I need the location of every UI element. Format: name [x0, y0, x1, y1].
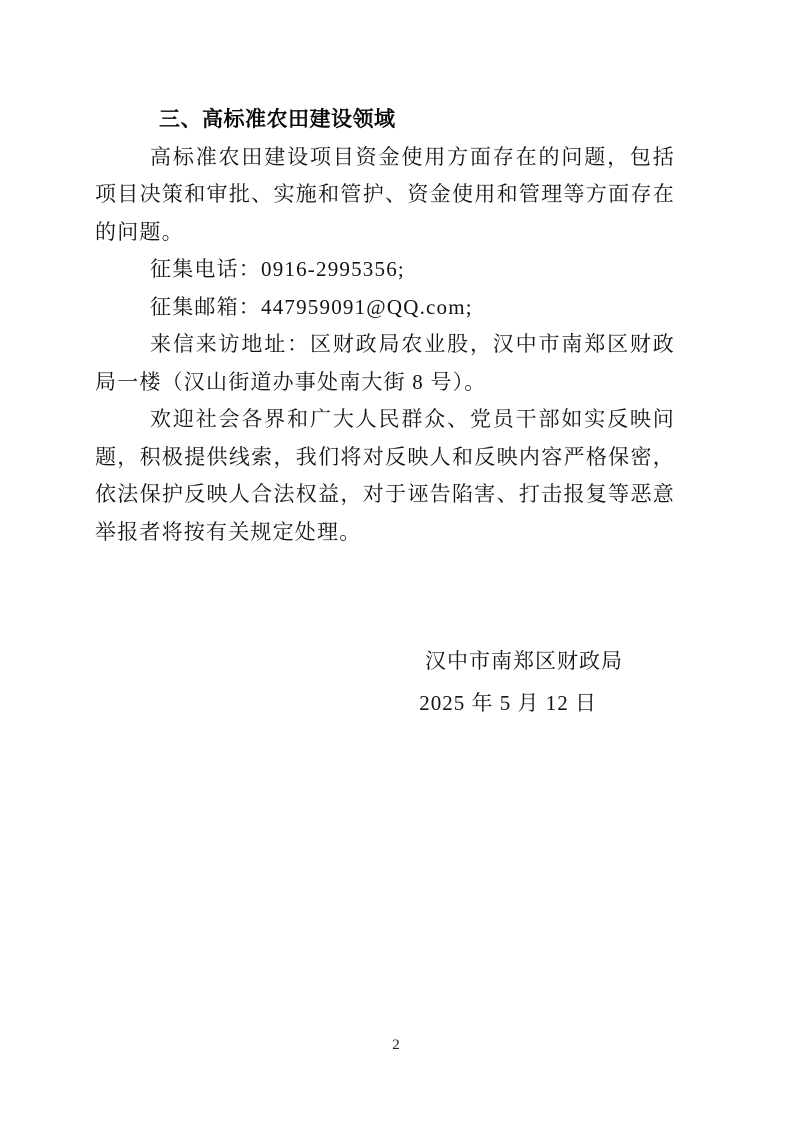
paragraph-address: 来信来访地址：区财政局农业股，汉中市南郑区财政局一楼（汉山街道办事处南大街 8 … — [95, 326, 675, 401]
document-page: 三、高标准农田建设领域 高标准农田建设项目资金使用方面存在的问题，包括项目决策和… — [0, 0, 792, 1121]
signature-organization: 汉中市南郑区财政局 — [95, 640, 675, 682]
document-content: 三、高标准农田建设领域 高标准农田建设项目资金使用方面存在的问题，包括项目决策和… — [95, 101, 675, 724]
signature-block: 汉中市南郑区财政局 2025 年 5 月 12 日 — [95, 640, 675, 724]
page-number: 2 — [0, 1036, 792, 1054]
paragraph-email: 征集邮箱：447959091@QQ.com; — [95, 289, 675, 327]
section-heading: 三、高标准农田建设领域 — [95, 101, 675, 139]
paragraph-closing: 欢迎社会各界和广大人民群众、党员干部如实反映问题，积极提供线索，我们将对反映人和… — [95, 401, 675, 551]
signature-date: 2025 年 5 月 12 日 — [95, 682, 675, 724]
paragraph-problem-scope: 高标准农田建设项目资金使用方面存在的问题，包括项目决策和审批、实施和管护、资金使… — [95, 139, 675, 252]
paragraph-phone: 征集电话：0916-2995356; — [95, 251, 675, 289]
